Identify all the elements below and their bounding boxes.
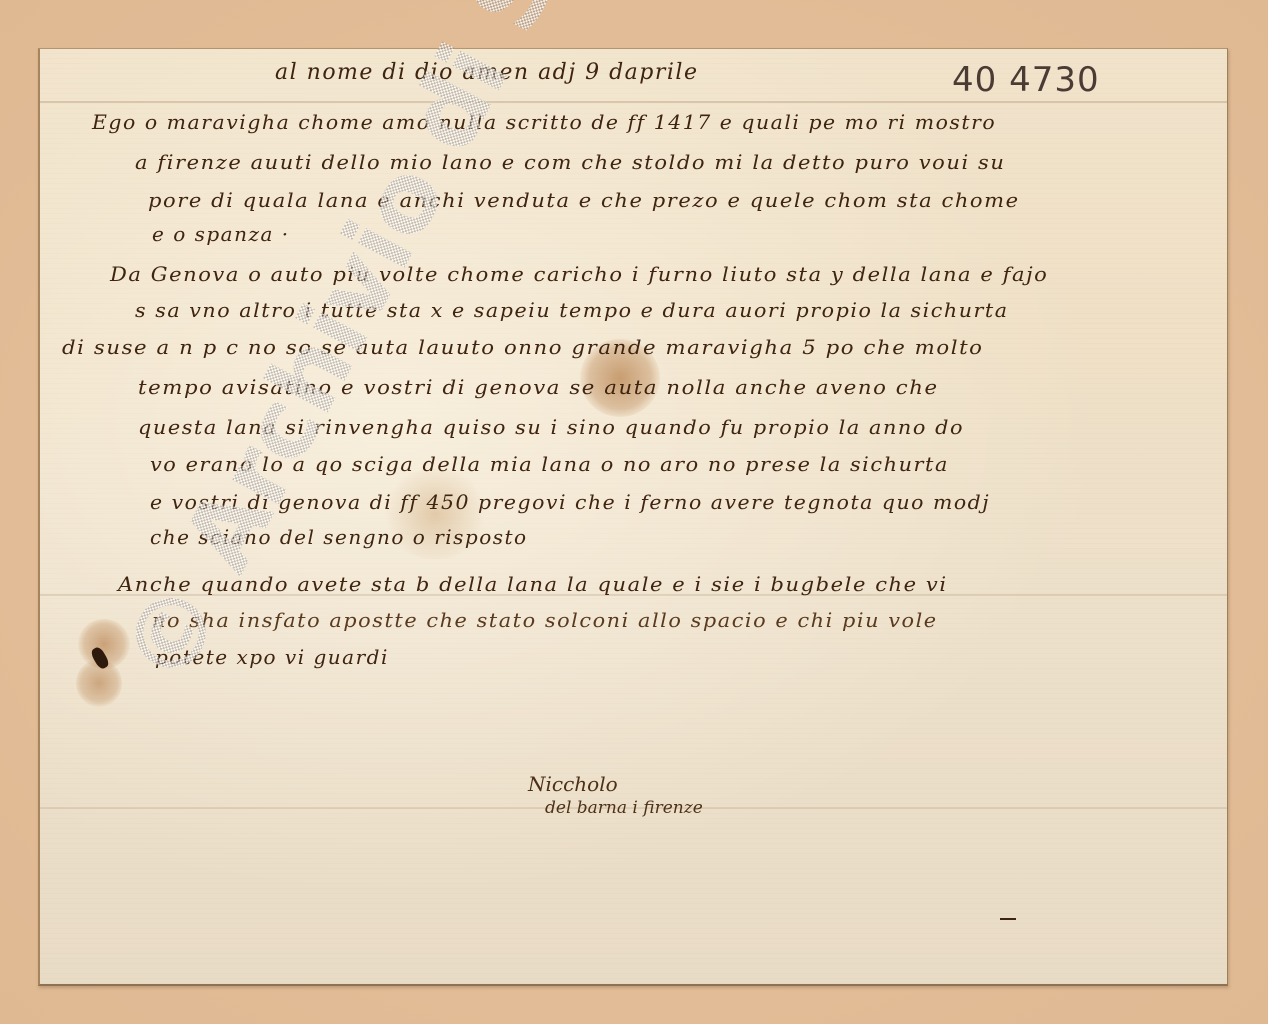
- text-line: no sha insfato apostte che stato solconi…: [152, 608, 938, 632]
- text-line: pore di quala lana e anchi venduta e che…: [148, 188, 1020, 212]
- pen-mark: [1000, 918, 1016, 920]
- text-line: di suse a n p c no so se auta lauuto onn…: [62, 335, 984, 359]
- text-line: s sa vno altro i tutte sta x e sapeiu te…: [135, 298, 1009, 322]
- fold-line: [40, 101, 1227, 103]
- signature-place: del barna i firenze: [545, 798, 703, 818]
- text-line: Da Genova o auto piu volte chome caricho…: [110, 262, 1048, 286]
- signature-name: Niccholo: [528, 772, 618, 796]
- text-line: e o spanza ·: [152, 222, 290, 246]
- text-line: Ego o maravigha chome amo nulla scritto …: [92, 110, 996, 134]
- text-line: a firenze auuti dello mio lano e com che…: [135, 150, 1005, 174]
- archive-number: 40 4730: [952, 60, 1100, 100]
